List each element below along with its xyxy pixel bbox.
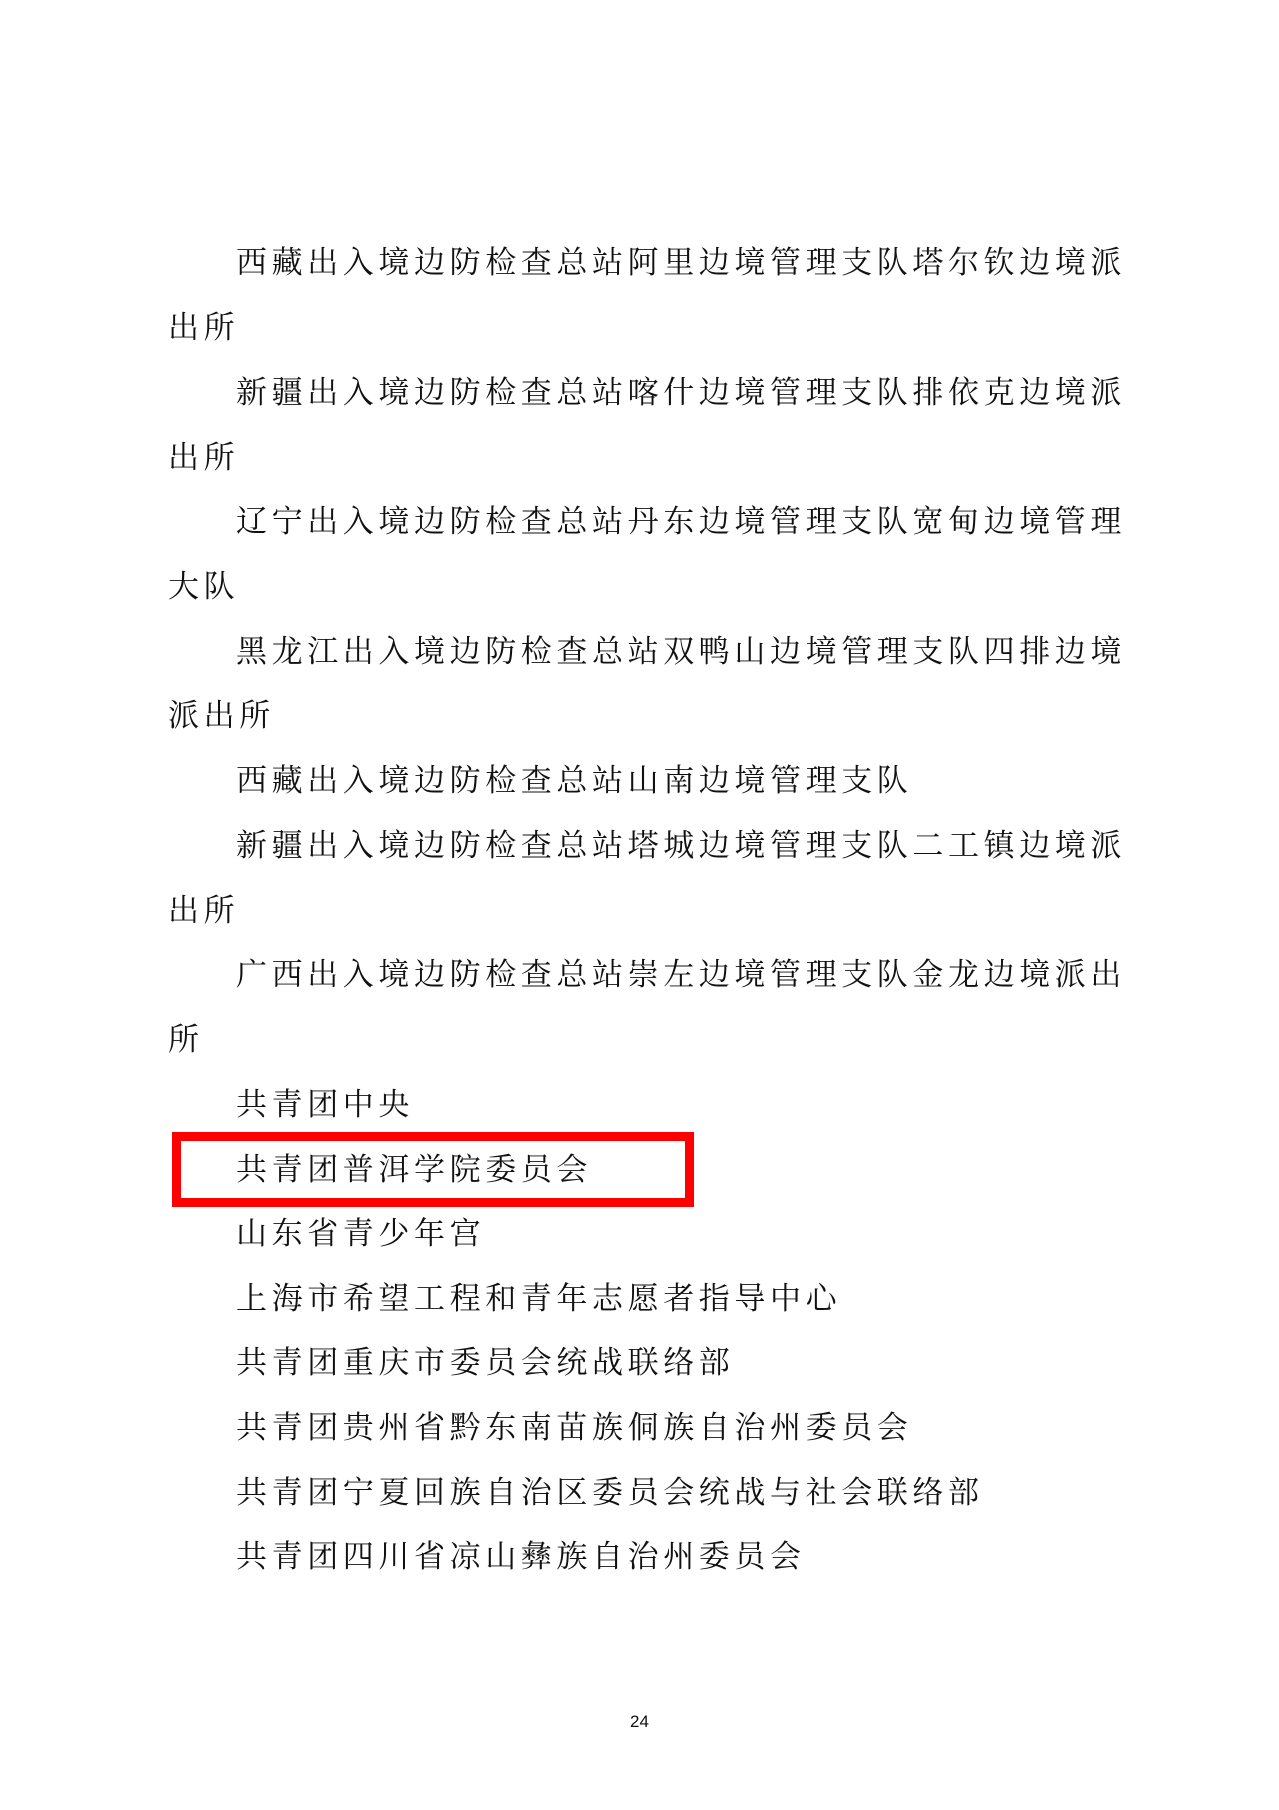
entry-8-line-1: 共青团中央	[236, 1085, 414, 1125]
entry-9-highlighted: 共青团普洱学院委员会	[236, 1150, 592, 1190]
entry-2-line-1: 新疆出入境边防检查总站喀什边境管理支队排依克边境派	[236, 373, 1126, 413]
document-page: 西藏出入境边防检查总站阿里边境管理支队塔尔钦边境派 出所 新疆出入境边防检查总站…	[0, 0, 1279, 1810]
entry-14-line-1: 共青团宁夏回族自治区委员会统战与社会联络部	[236, 1473, 984, 1513]
entry-1-line-2: 出所	[168, 308, 239, 348]
entry-4-line-1: 黑龙江出入境边防检查总站双鸭山边境管理支队四排边境	[236, 632, 1126, 672]
entry-7-line-2: 所	[168, 1020, 204, 1060]
entry-11-line-1: 上海市希望工程和青年志愿者指导中心	[236, 1279, 841, 1319]
entry-6-line-2: 出所	[168, 891, 239, 931]
entry-1-line-1: 西藏出入境边防检查总站阿里边境管理支队塔尔钦边境派	[236, 243, 1126, 283]
entry-4-line-2: 派出所	[168, 696, 275, 736]
entry-12-line-1: 共青团重庆市委员会统战联络部	[236, 1343, 734, 1383]
entry-13-line-1: 共青团贵州省黔东南苗族侗族自治州委员会	[236, 1408, 912, 1448]
entry-2-line-2: 出所	[168, 438, 239, 478]
entry-15-line-1: 共青团四川省凉山彝族自治州委员会	[236, 1537, 806, 1577]
page-number: 24	[0, 1712, 1279, 1732]
entry-7-line-1: 广西出入境边防检查总站崇左边境管理支队金龙边境派出	[236, 955, 1126, 995]
entry-10-line-1: 山东省青少年宫	[236, 1214, 485, 1254]
entry-5-line-1: 西藏出入境边防检查总站山南边境管理支队	[236, 761, 912, 801]
entry-3-line-1: 辽宁出入境边防检查总站丹东边境管理支队宽甸边境管理	[236, 502, 1126, 542]
entry-3-line-2: 大队	[168, 567, 239, 607]
entry-6-line-1: 新疆出入境边防检查总站塔城边境管理支队二工镇边境派	[236, 826, 1126, 866]
